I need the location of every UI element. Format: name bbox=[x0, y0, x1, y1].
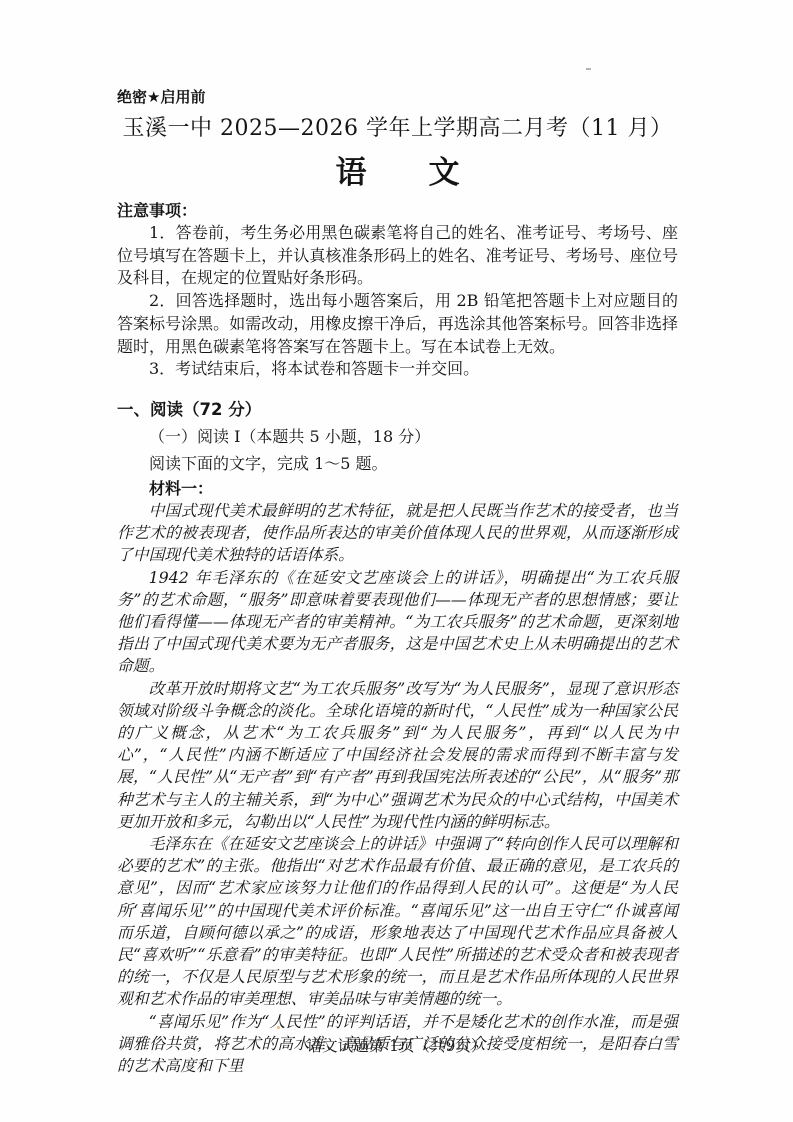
page-content: 绝密★启用前 玉溪一中 2025—2026 学年上学期高二月考（11 月） 语 … bbox=[117, 88, 678, 1077]
material-paragraph-4: 毛泽东在《在延安文艺座谈会上的讲话》中强调了“转向创作人民可以理解和必要的艺术”… bbox=[117, 833, 678, 1011]
material-paragraph-3: 改革开放时期将文艺“为工农兵服务”改写为“为人民服务”，显现了意识形态领域对阶级… bbox=[117, 678, 678, 833]
subsection-heading: （一）阅读 I（本题共 5 小题，18 分） bbox=[117, 425, 678, 448]
material-paragraph-2: 1942 年毛泽东的《在延安文艺座谈会上的讲话》，明确提出“为工农兵服务”的艺术… bbox=[117, 567, 678, 678]
exam-paper-page: 绝密★启用前 玉溪一中 2025—2026 学年上学期高二月考（11 月） 语 … bbox=[0, 0, 793, 1122]
material-paragraph-1: 中国式现代美术最鲜明的艺术特征，就是把人民既当作艺术的接受者，也当作艺术的被表现… bbox=[117, 500, 678, 567]
notice-item-1: 1．答卷前，考生务必用黑色碳素笔将自己的姓名、准考证号、考场号、座位号填写在答题… bbox=[117, 222, 678, 290]
security-label: 绝密★启用前 bbox=[117, 88, 678, 106]
notice-heading: 注意事项： bbox=[117, 199, 678, 222]
material-one-body: 中国式现代美术最鲜明的艺术特征，就是把人民既当作艺术的接受者，也当作艺术的被表现… bbox=[117, 500, 678, 1077]
section-heading-reading: 一、阅读（72 分） bbox=[117, 398, 678, 421]
notice-item-3: 3．考试结束后，将本试卷和答题卡一并交回。 bbox=[117, 358, 678, 381]
reading-instruction: 阅读下面的文字，完成 1～5 题。 bbox=[117, 452, 678, 475]
exam-title: 玉溪一中 2025—2026 学年上学期高二月考（11 月） bbox=[117, 115, 678, 143]
material-one-label: 材料一： bbox=[117, 477, 678, 500]
subject-title: 语 文 bbox=[117, 155, 678, 191]
page-number-footer: 语文试题第 1页（共9页） bbox=[0, 1034, 793, 1056]
scan-artifact-dash bbox=[586, 68, 591, 70]
notice-item-2: 2．回答选择题时，选出每小题答案后，用 2B 铅笔把答题卡上对应题目的答案标号涂… bbox=[117, 290, 678, 358]
